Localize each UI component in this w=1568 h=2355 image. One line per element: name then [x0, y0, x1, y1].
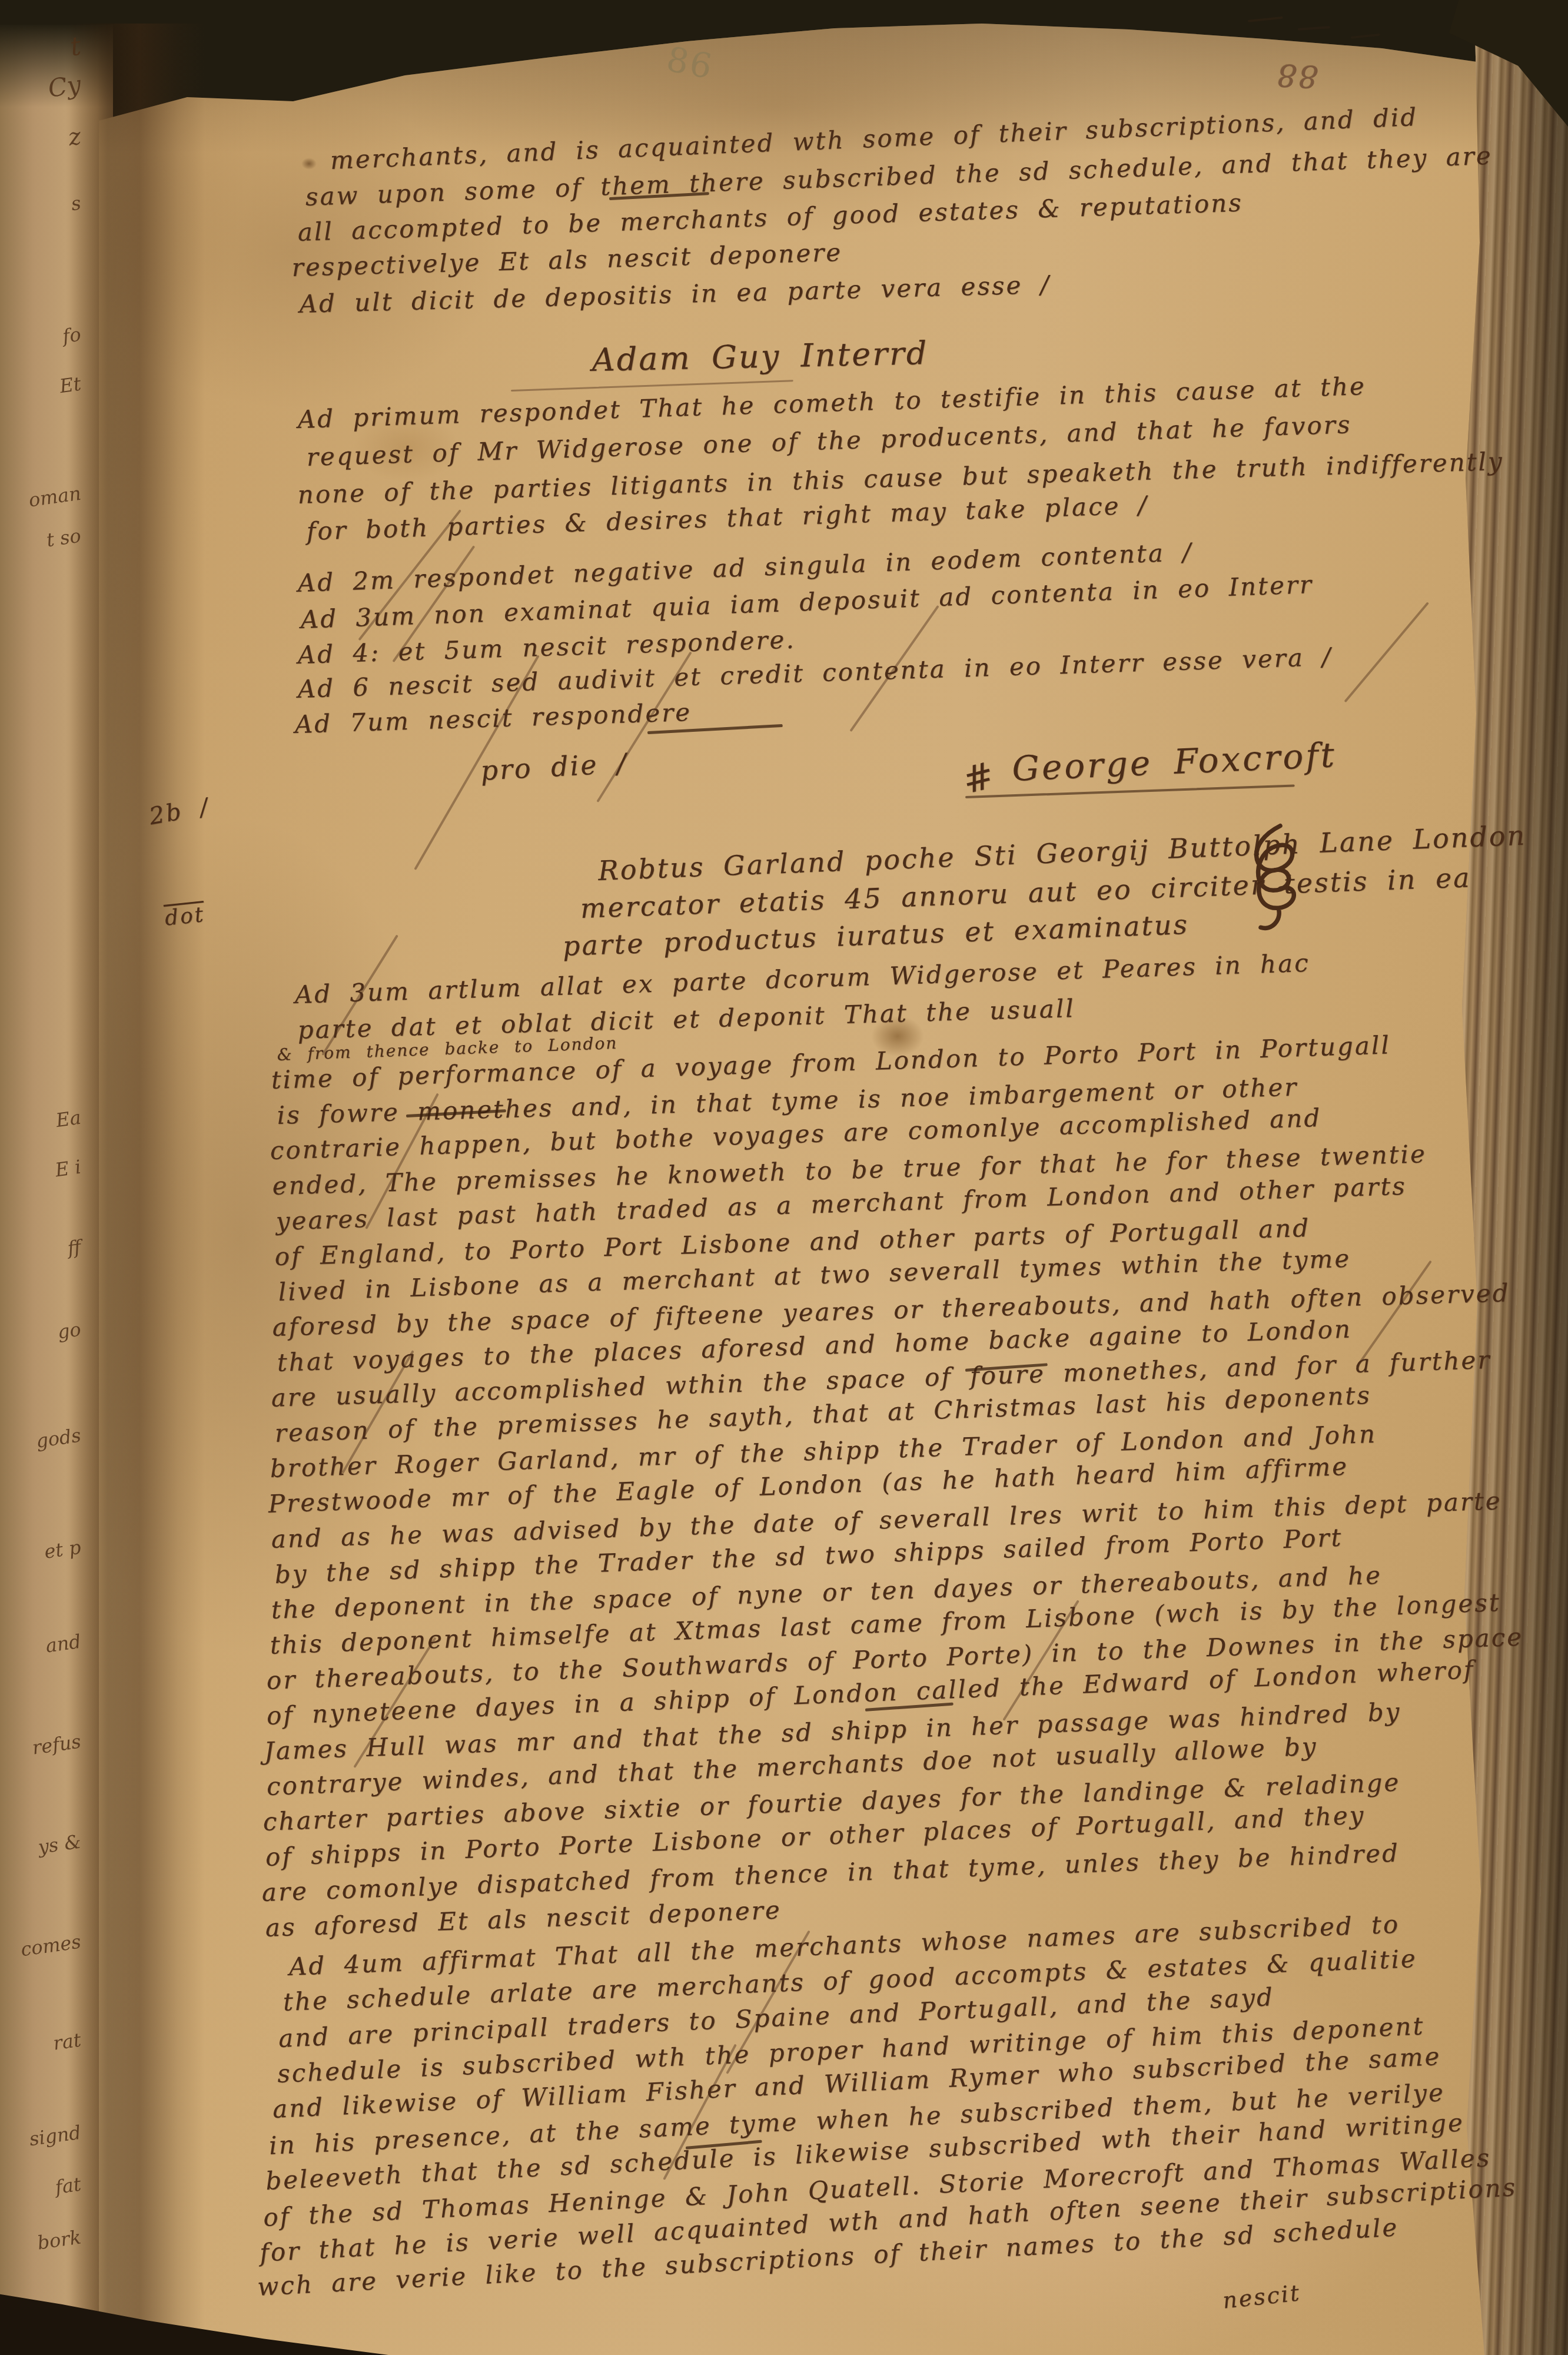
- folio-number-ink: 88: [1275, 57, 1319, 94]
- paper-speck: [301, 158, 317, 170]
- showthrough-mark: [1248, 16, 1283, 22]
- showthrough-mark: [1298, 26, 1330, 31]
- manuscript-photo: 86 88 merchants, and is acquainted wth s…: [0, 0, 1568, 2355]
- margin-note: dot: [164, 903, 206, 931]
- section-heading: Adam Guy Interrd: [592, 334, 929, 379]
- gutter-shadow: [69, 24, 205, 2355]
- showthrough-mark: [1351, 34, 1380, 39]
